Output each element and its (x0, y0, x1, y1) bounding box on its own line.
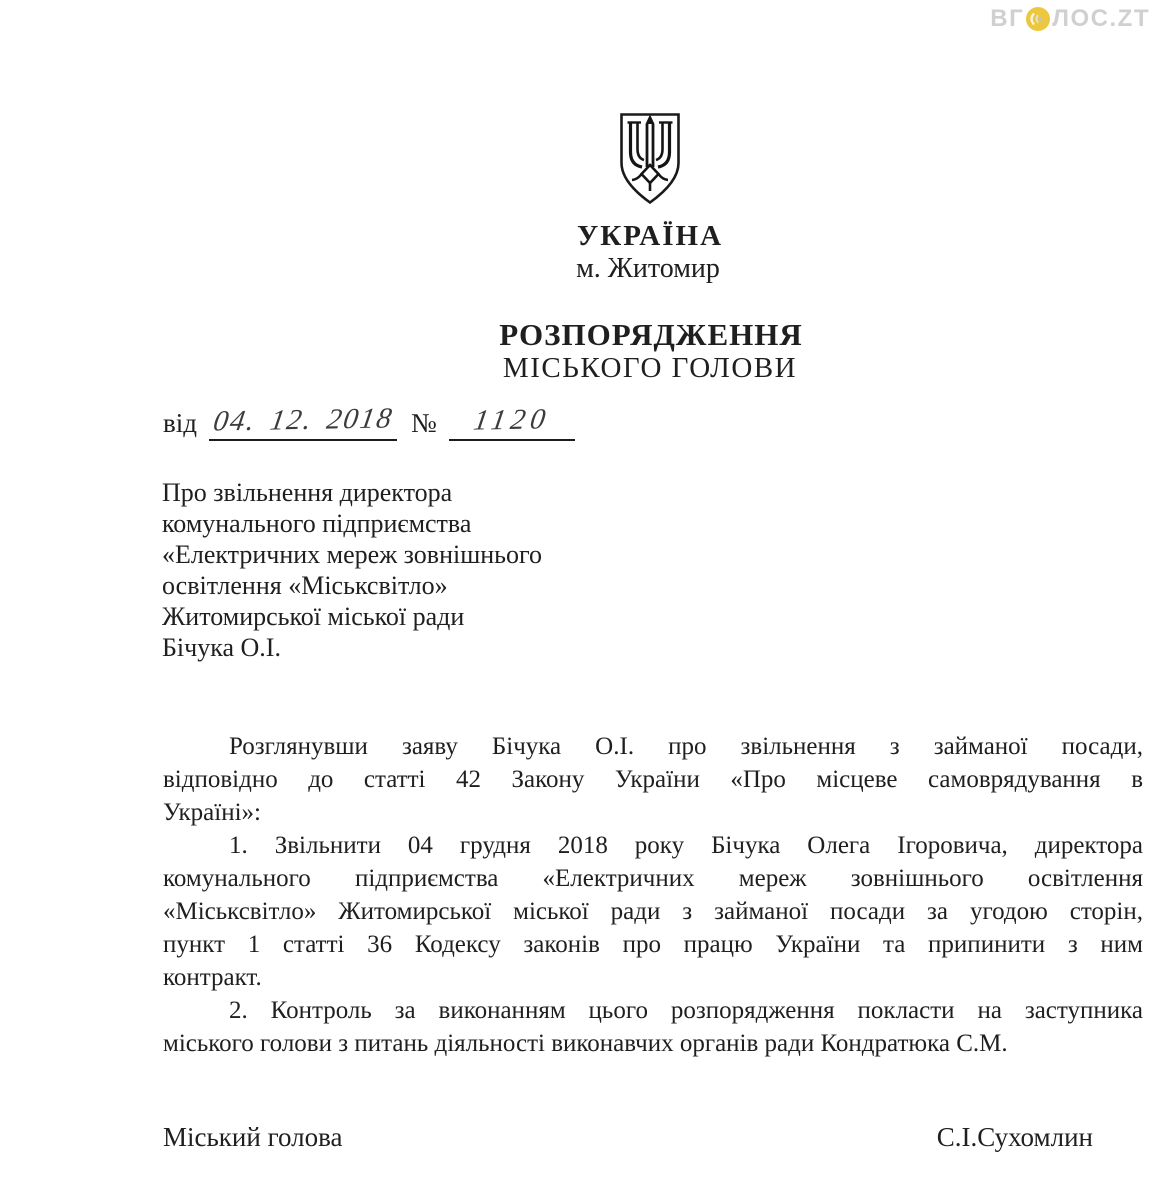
subject-block: Про звільнення директора комунального пі… (162, 477, 652, 663)
vgolos-zt-logo: ВГ ЛОС.ZT (990, 6, 1150, 32)
handwritten-date: 04. 12. 2018 (211, 401, 396, 438)
vgolos-speaker-icon (1025, 6, 1051, 32)
coat-of-arms-ukraine (617, 111, 683, 207)
body-line: Україні»: (163, 796, 1143, 829)
document-body: Розглянувши заяву Бічука О.І. про звільн… (163, 730, 1143, 1060)
signer-name: С.І.Сухомлин (937, 1122, 1093, 1153)
signer-position: Міський голова (163, 1122, 342, 1153)
body-line: 1. Звільнити 04 грудня 2018 року Бічука … (163, 829, 1143, 862)
paragraph-preamble: Розглянувши заяву Бічука О.І. про звільн… (163, 730, 1143, 829)
body-line: відповідно до статті 42 Закону України «… (163, 763, 1143, 796)
number-field: 1120 (449, 403, 575, 441)
body-line: «Міськсвітло» Житомирської міської ради … (163, 895, 1143, 928)
body-line: міського голови з питань діяльності вико… (163, 1027, 1143, 1060)
scanned-document-page: ВГ ЛОС.ZT (0, 0, 1160, 1188)
paragraph-item-1: 1. Звільнити 04 грудня 2018 року Бічука … (163, 829, 1143, 994)
city-name: м. Житомир (576, 253, 720, 285)
document-type-title: РОЗПОРЯДЖЕННЯ (499, 317, 803, 353)
number-sign: № (411, 405, 437, 441)
body-line: Розглянувши заяву Бічука О.І. про звільн… (163, 730, 1143, 763)
body-line: контракт. (163, 961, 1143, 994)
body-line: пункт 1 статті 36 Кодексу законів про пр… (163, 928, 1143, 961)
from-label: від (163, 405, 197, 441)
watermark-text-prefix: ВГ (990, 6, 1024, 32)
handwritten-number: 1120 (471, 402, 552, 437)
country-name: УКРАЇНА (577, 220, 723, 253)
date-number-row: від 04. 12. 2018 № 1120 (163, 403, 575, 441)
date-field: 04. 12. 2018 (209, 403, 397, 441)
document-issuer-title: МІСЬКОГО ГОЛОВИ (503, 352, 797, 385)
paragraph-item-2: 2. Контроль за виконанням цього розпоряд… (163, 994, 1143, 1060)
body-line: 2. Контроль за виконанням цього розпоряд… (163, 994, 1143, 1027)
body-line: комунального підприємства «Електричних м… (163, 862, 1143, 895)
watermark-text-suffix: ЛОС.ZT (1052, 6, 1150, 32)
signature-row: Міський голова С.І.Сухомлин (163, 1122, 1143, 1153)
trident-icon (617, 111, 683, 206)
